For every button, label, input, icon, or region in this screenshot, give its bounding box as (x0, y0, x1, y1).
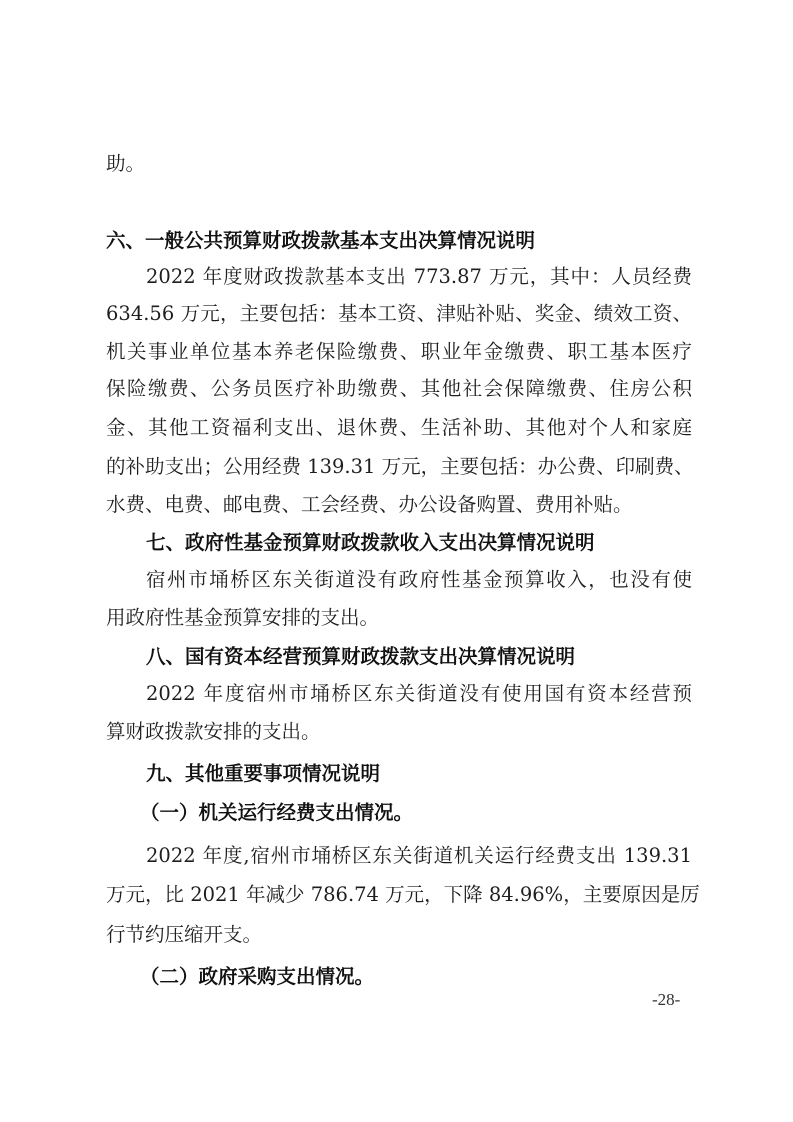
paragraph-line: 算财政拨款安排的支出。 (106, 717, 692, 747)
paragraph-line: 宿州市埇桥区东关街道没有政府性基金预算收入，也没有使 (146, 565, 692, 595)
paragraph-line: 634.56 万元，主要包括：基本工资、津贴补贴、奖金、绩效工资、 (106, 299, 692, 329)
subsection-heading-2: （二）政府采购支出情况。 (140, 962, 692, 992)
paragraph-line: 机关事业单位基本养老保险缴费、职业年金缴费、职工基本医疗 (106, 337, 692, 367)
section-heading-8: 八、国有资本经营预算财政拨款支出决算情况说明 (146, 642, 692, 672)
section-heading-9: 九、其他重要事项情况说明 (146, 759, 692, 789)
page-number: -28- (652, 990, 680, 1010)
document-page: 助。 六、一般公共预算财政拨款基本支出决算情况说明 2022 年度财政拨款基本支… (0, 0, 793, 1122)
paragraph-line: 保险缴费、公务员医疗补助缴费、其他社会保障缴费、住房公积 (106, 374, 692, 404)
paragraph-line: 水费、电费、邮电费、工会经费、办公设备购置、费用补贴。 (106, 490, 692, 520)
paragraph-line: 2022 年度财政拨款基本支出 773.87 万元，其中：人员经费 (146, 262, 692, 292)
section-heading-7: 七、政府性基金预算财政拨款收入支出决算情况说明 (146, 528, 692, 558)
paragraph-line: 2022 年度,宿州市埇桥区东关街道机关运行经费支出 139.31 (146, 841, 692, 871)
paragraph-line: 金、其他工资福利支出、退休费、生活补助、其他对个人和家庭 (106, 413, 692, 443)
section-heading-6: 六、一般公共预算财政拨款基本支出决算情况说明 (106, 226, 692, 256)
paragraph-line: 的补助支出；公用经费 139.31 万元，主要包括：办公费、印刷费、 (106, 452, 692, 482)
paragraph-line: 用政府性基金预算安排的支出。 (106, 603, 692, 633)
paragraph-continuation: 助。 (106, 149, 692, 179)
paragraph-line: 2022 年度宿州市埇桥区东关街道没有使用国有资本经营预 (146, 679, 692, 709)
paragraph-line: 万元，比 2021 年减少 786.74 万元，下降 84.96%，主要原因是厉 (106, 880, 692, 910)
paragraph-line: 行节约压缩开支。 (106, 920, 692, 950)
subsection-heading-1: （一）机关运行经费支出情况。 (140, 798, 692, 828)
